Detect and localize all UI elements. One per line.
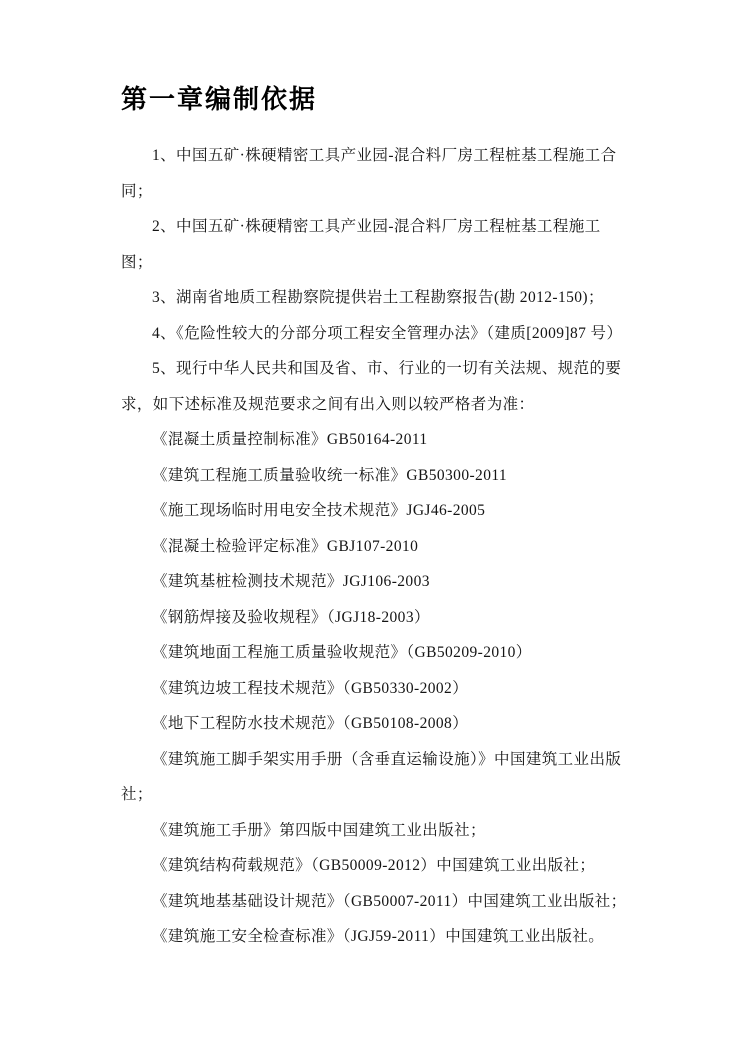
numbered-item-5: 5、现行中华人民共和国及省、市、行业的一切有关法规、规范的要求，如下述标准及规范… bbox=[121, 351, 628, 422]
standard-list-item: 《建筑地基基础设计规范》（GB50007-2011）中国建筑工业出版社； bbox=[121, 884, 628, 920]
standard-list-item: 《建筑边坡工程技术规范》（GB50330-2002） bbox=[121, 671, 628, 707]
page-title: 第一章编制依据 bbox=[121, 84, 628, 116]
standard-list-item: 《建筑地面工程施工质量验收规范》（GB50209-2010） bbox=[121, 635, 628, 671]
standard-list-item: 《钢筋焊接及验收规程》（JGJ18-2003） bbox=[121, 600, 628, 636]
numbered-item-4: 4、《危险性较大的分部分项工程安全管理办法》（建质[2009]87 号） bbox=[121, 316, 628, 352]
standard-list-item: 《建筑工程施工质量验收统一标准》GB50300-2011 bbox=[121, 458, 628, 494]
standard-list-item: 《建筑基桩检测技术规范》JGJ106-2003 bbox=[121, 564, 628, 600]
numbered-item-2: 2、中国五矿·株硬精密工具产业园-混合料厂房工程桩基工程施工图； bbox=[121, 209, 628, 280]
standard-list-item: 《建筑施工手册》第四版中国建筑工业出版社； bbox=[121, 813, 628, 849]
document-page: 第一章编制依据 1、中国五矿·株硬精密工具产业园-混合料厂房工程桩基工程施工合同… bbox=[0, 0, 744, 1052]
document-content: 第一章编制依据 1、中国五矿·株硬精密工具产业园-混合料厂房工程桩基工程施工合同… bbox=[121, 84, 628, 955]
standard-list-item: 《混凝土检验评定标准》GBJ107-2010 bbox=[121, 529, 628, 565]
standard-list-item: 《建筑施工安全检查标准》（JGJ59-2011）中国建筑工业出版社。 bbox=[121, 919, 628, 955]
standard-list-item: 《建筑结构荷载规范》（GB50009-2012）中国建筑工业出版社； bbox=[121, 848, 628, 884]
standard-list-item: 《建筑施工脚手架实用手册（含垂直运输设施）》中国建筑工业出版社； bbox=[121, 742, 628, 813]
numbered-item-1: 1、中国五矿·株硬精密工具产业园-混合料厂房工程桩基工程施工合同； bbox=[121, 138, 628, 209]
standard-list-item: 《地下工程防水技术规范》（GB50108-2008） bbox=[121, 706, 628, 742]
standard-list-item: 《混凝土质量控制标准》GB50164-2011 bbox=[121, 422, 628, 458]
numbered-item-3: 3、湖南省地质工程勘察院提供岩土工程勘察报告(勘 2012-150)； bbox=[121, 280, 628, 316]
standard-list-item: 《施工现场临时用电安全技术规范》JGJ46-2005 bbox=[121, 493, 628, 529]
